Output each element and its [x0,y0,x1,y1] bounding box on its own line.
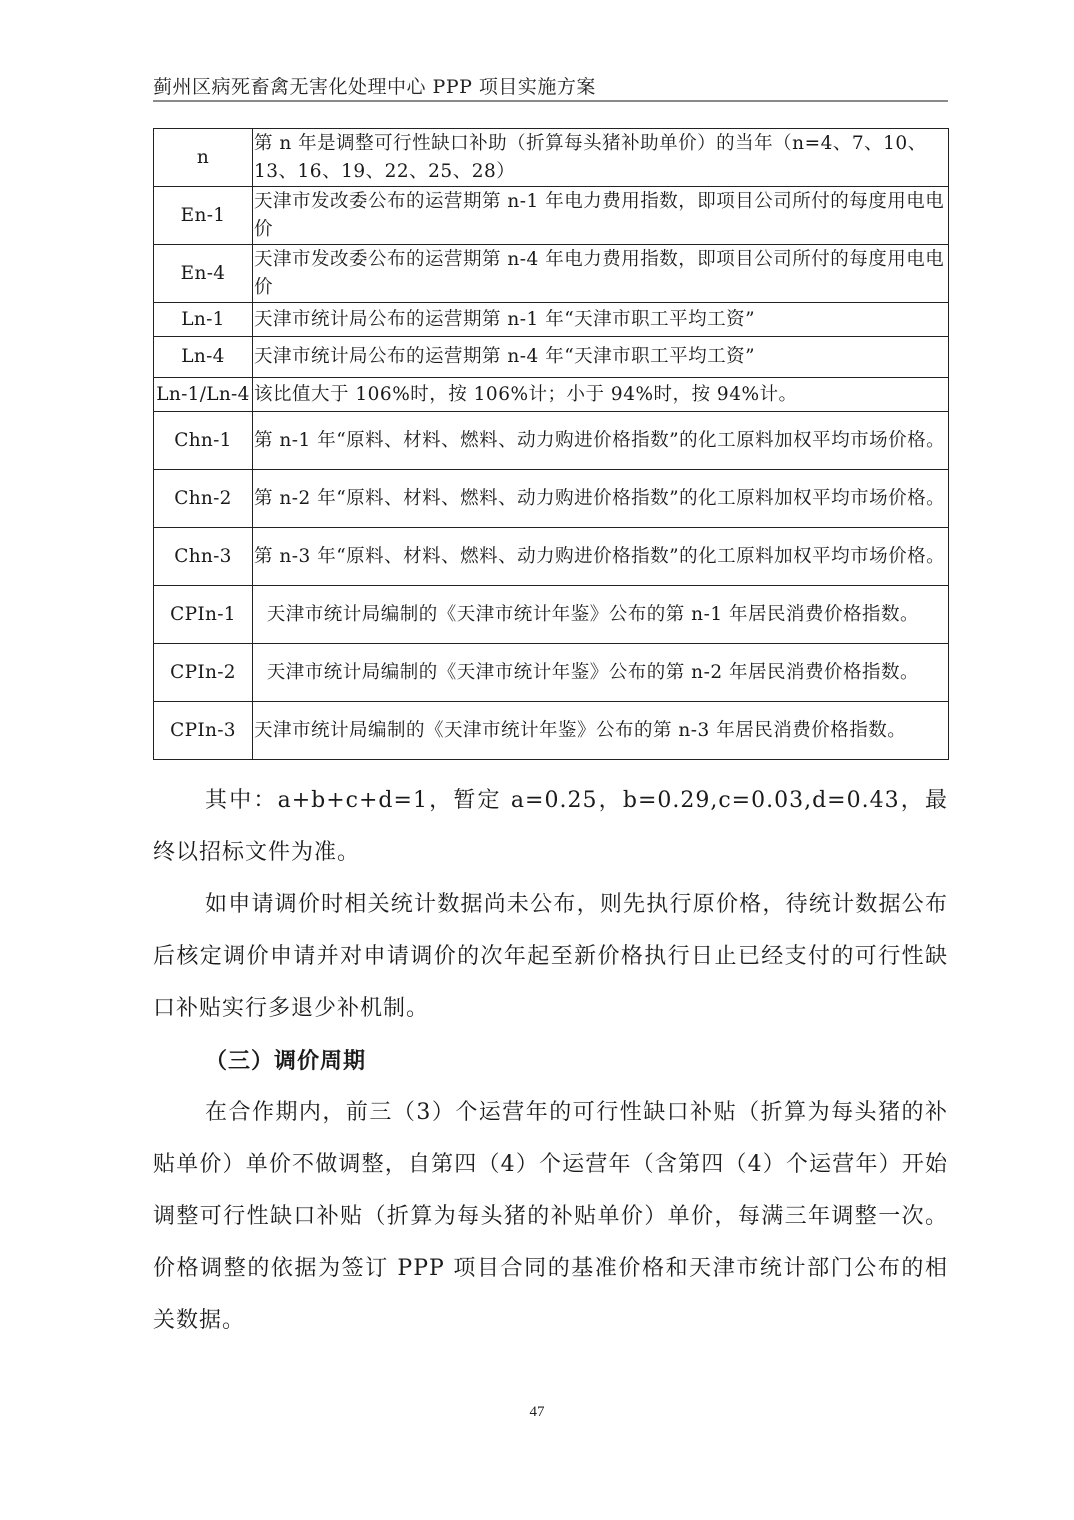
symbol-cell: En-4 [154,245,253,303]
symbol-cell: n [154,129,253,187]
table-row: CPIn-1 天津市统计局编制的《天津市统计年鉴》公布的第 n-1 年居民消费价… [154,586,949,644]
table-row: n 第 n 年是调整可行性缺口补助（折算每头猪补助单价）的当年（n=4、7、10… [154,129,949,187]
coefficient-paragraph: 其中：a+b+c+d=1，暂定 a=0.25，b=0.29,c=0.03,d=0… [153,775,948,879]
description-cell: 该比值大于 106%时，按 106%计；小于 94%时，按 94%计。 [253,378,949,412]
symbol-cell: CPIn-1 [154,586,253,644]
table-row: Chn-1 第 n-1 年“原料、材料、燃料、动力购进价格指数”的化工原料加权平… [154,412,949,470]
symbol-cell: Ln-1/Ln-4 [154,378,253,412]
description-cell: 第 n-3 年“原料、材料、燃料、动力购进价格指数”的化工原料加权平均市场价格。 [253,528,949,586]
description-cell: 天津市统计局编制的《天津市统计年鉴》公布的第 n-3 年居民消费价格指数。 [253,702,949,760]
description-cell: 第 n 年是调整可行性缺口补助（折算每头猪补助单价）的当年（n=4、7、10、1… [253,129,949,187]
page-number: 47 [0,1404,1074,1421]
symbol-cell: Chn-1 [154,412,253,470]
section-heading: （三）调价周期 [153,1035,948,1087]
table-row: En-1 天津市发改委公布的运营期第 n-1 年电力费用指数，即项目公司所付的每… [154,187,949,245]
description-cell: 第 n-1 年“原料、材料、燃料、动力购进价格指数”的化工原料加权平均市场价格。 [253,412,949,470]
table-row: Ln-4 天津市统计局公布的运营期第 n-4 年“天津市职工平均工资” [154,337,949,378]
symbol-cell: CPIn-3 [154,702,253,760]
description-cell: 天津市发改委公布的运营期第 n-4 年电力费用指数，即项目公司所付的每度用电电价 [253,245,949,303]
table-row: Ln-1/Ln-4 该比值大于 106%时，按 106%计；小于 94%时，按 … [154,378,949,412]
adjustment-cycle-paragraph: 在合作期内，前三（3）个运营年的可行性缺口补贴（折算为每头猪的补贴单价）单价不做… [153,1087,948,1347]
table-row: CPIn-2 天津市统计局编制的《天津市统计年鉴》公布的第 n-2 年居民消费价… [154,644,949,702]
description-cell: 天津市统计局公布的运营期第 n-1 年“天津市职工平均工资” [253,303,949,337]
symbol-cell: Chn-2 [154,470,253,528]
body-text: 其中：a+b+c+d=1，暂定 a=0.25，b=0.29,c=0.03,d=0… [153,775,948,1347]
symbol-cell: Ln-4 [154,337,253,378]
symbol-cell: Ln-1 [154,303,253,337]
symbol-cell: Chn-3 [154,528,253,586]
description-cell: 天津市发改委公布的运营期第 n-1 年电力费用指数，即项目公司所付的每度用电电价 [253,187,949,245]
table-row: Chn-2 第 n-2 年“原料、材料、燃料、动力购进价格指数”的化工原料加权平… [154,470,949,528]
symbol-cell: En-1 [154,187,253,245]
table-row: Ln-1 天津市统计局公布的运营期第 n-1 年“天津市职工平均工资” [154,303,949,337]
description-cell: 第 n-2 年“原料、材料、燃料、动力购进价格指数”的化工原料加权平均市场价格。 [253,470,949,528]
description-cell: 天津市统计局公布的运营期第 n-4 年“天津市职工平均工资” [253,337,949,378]
description-cell: 天津市统计局编制的《天津市统计年鉴》公布的第 n-2 年居民消费价格指数。 [253,644,949,702]
symbol-cell: CPIn-2 [154,644,253,702]
definitions-table: n 第 n 年是调整可行性缺口补助（折算每头猪补助单价）的当年（n=4、7、10… [153,128,949,760]
price-adjustment-paragraph: 如申请调价时相关统计数据尚未公布，则先执行原价格，待统计数据公布后核定调价申请并… [153,879,948,1035]
table-row: CPIn-3 天津市统计局编制的《天津市统计年鉴》公布的第 n-3 年居民消费价… [154,702,949,760]
table-row: En-4 天津市发改委公布的运营期第 n-4 年电力费用指数，即项目公司所付的每… [154,245,949,303]
table-row: Chn-3 第 n-3 年“原料、材料、燃料、动力购进价格指数”的化工原料加权平… [154,528,949,586]
page-header-title: 蓟州区病死畜禽无害化处理中心 PPP 项目实施方案 [153,74,948,100]
header-rule [153,100,948,102]
description-cell: 天津市统计局编制的《天津市统计年鉴》公布的第 n-1 年居民消费价格指数。 [253,586,949,644]
